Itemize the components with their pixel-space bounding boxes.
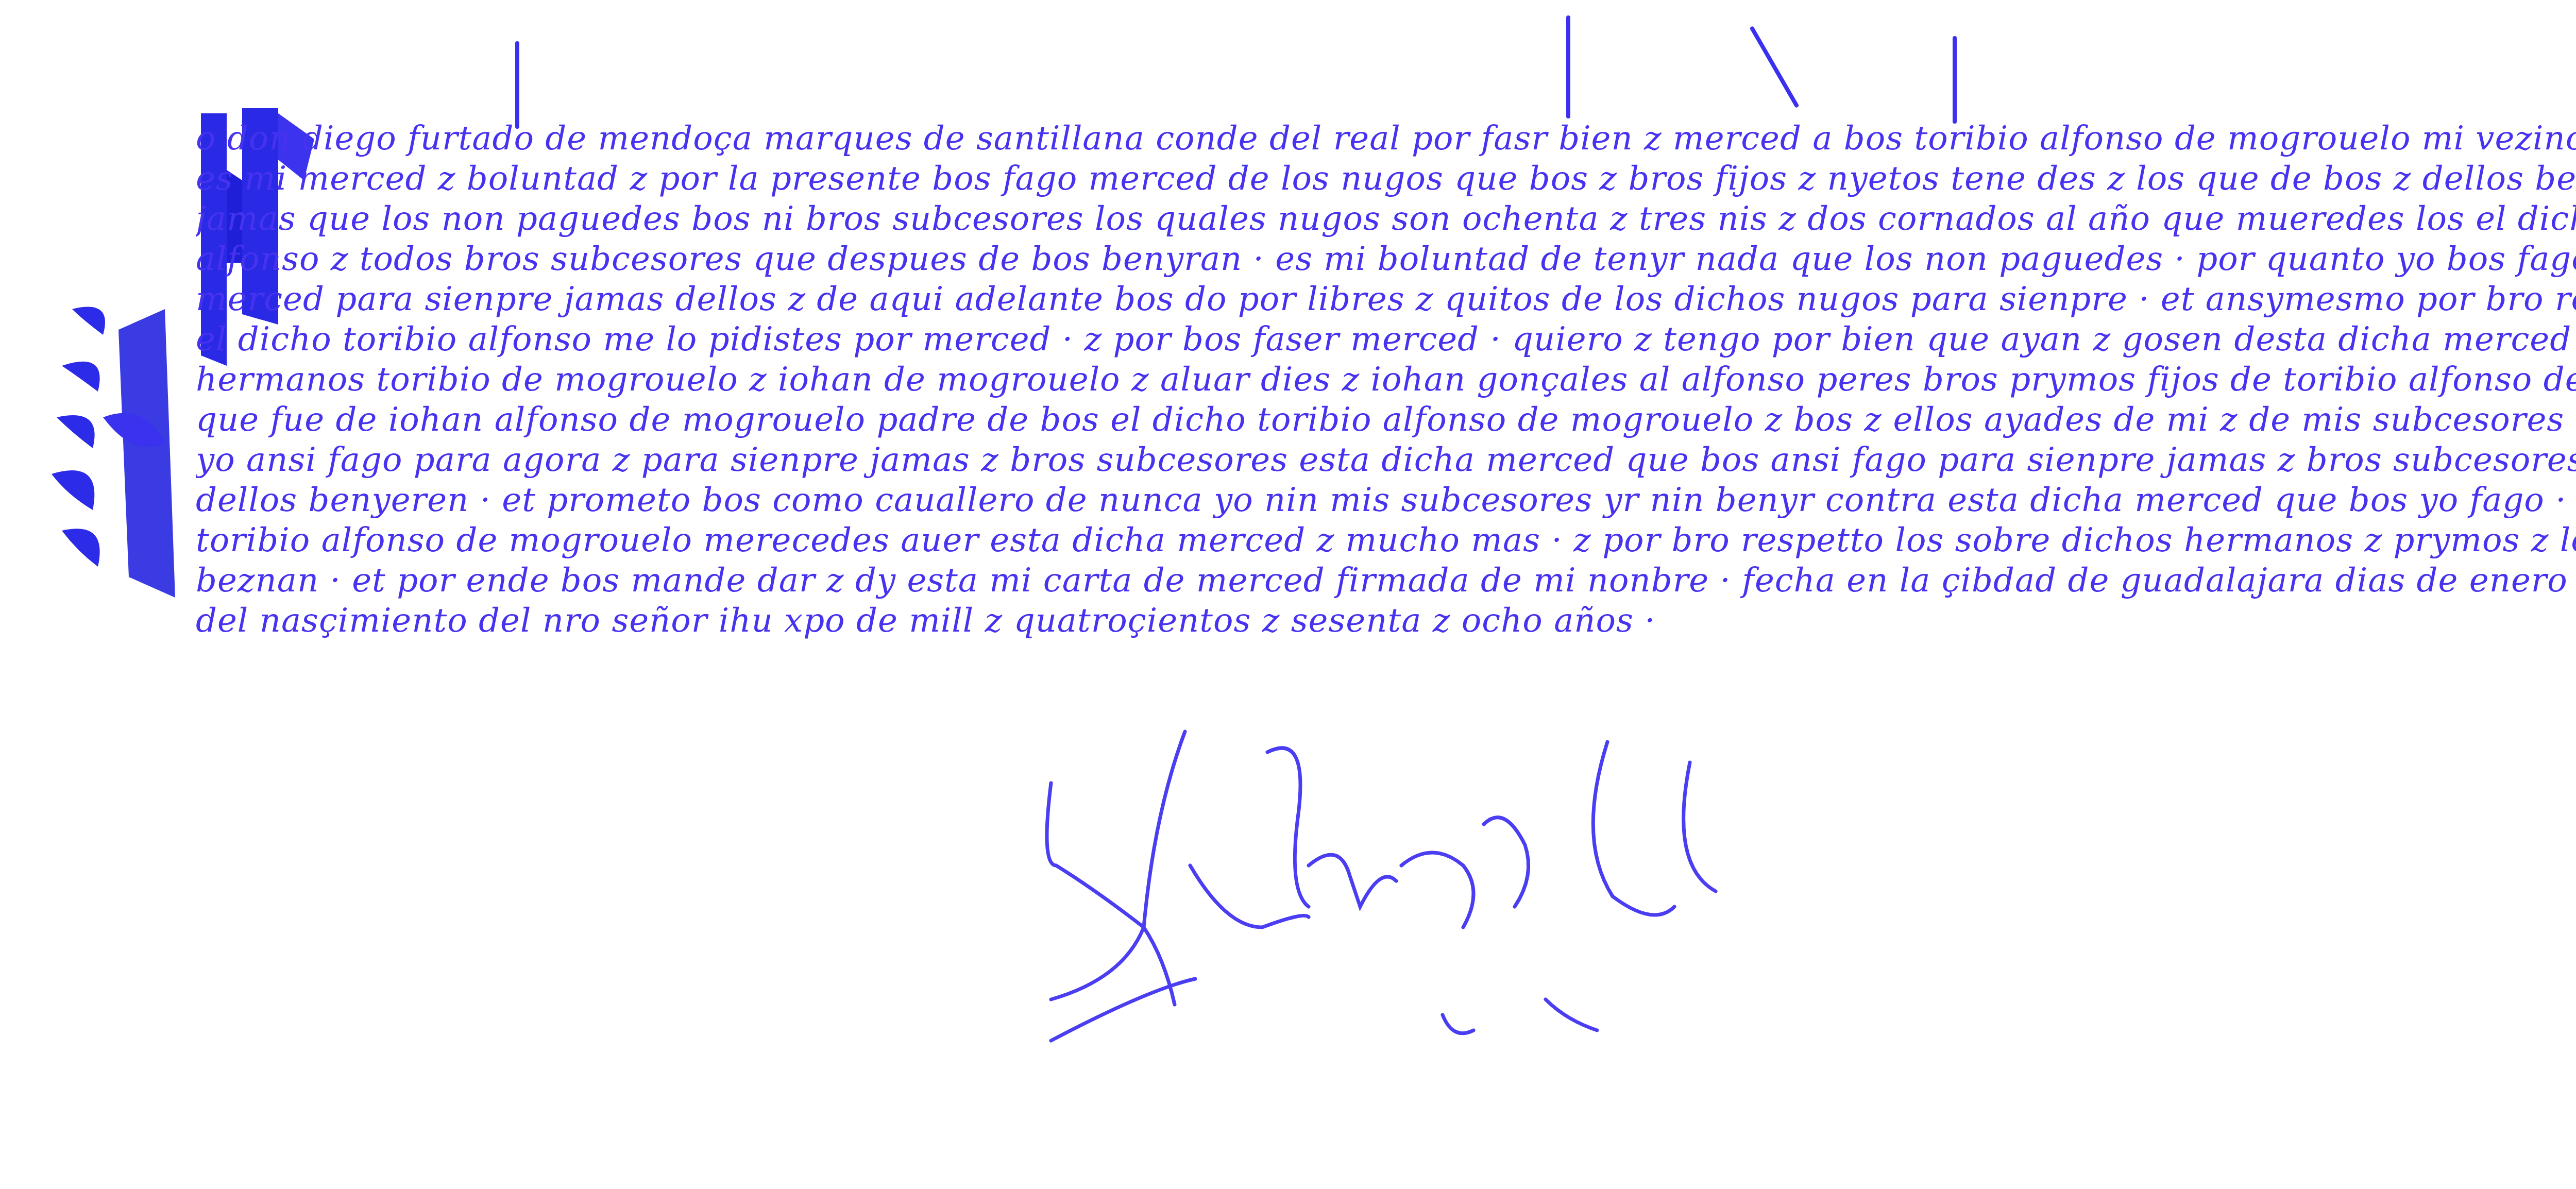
text-line: hermanos toribio de mogrouelo z iohan de… [196, 360, 2576, 400]
text-line: jamas que los non paguedes bos ni bros s… [196, 199, 2576, 239]
text-line: yo ansi fago para agora z para sienpre j… [196, 440, 2576, 480]
text-line: alfonso z todos bros subcesores que desp… [196, 239, 2576, 279]
text-line: es mi merced z boluntad z por la present… [196, 159, 2576, 199]
text-line: toribio alfonso de mogrouelo merecedes a… [196, 520, 2576, 560]
text-line: que fue de iohan alfonso de mogrouelo pa… [196, 400, 2576, 440]
ascender-stroke [515, 41, 519, 129]
charter-text: o don diego furtado de mendoça marques d… [196, 118, 2576, 641]
text-line: merced para sienpre jamas dellos z de aq… [196, 279, 2576, 319]
ascender-stroke [1566, 15, 1570, 118]
text-line: o don diego furtado de mendoça marques d… [196, 118, 2576, 159]
manuscript-page: o don diego furtado de mendoça marques d… [0, 0, 2576, 1189]
initial-flourish-icon [41, 288, 185, 608]
text-line: beznan · et por ende bos mande dar z dy … [196, 560, 2576, 601]
text-line: del nasçimiento del nro señor ihu xpo de… [196, 601, 2576, 641]
ascender-stroke [1750, 26, 1800, 108]
ascender-stroke [1953, 36, 1957, 124]
text-line: el dicho toribio alfonso me lo pidistes … [196, 319, 2576, 360]
text-line: dellos benyeren · et prometo bos como ca… [196, 480, 2576, 520]
